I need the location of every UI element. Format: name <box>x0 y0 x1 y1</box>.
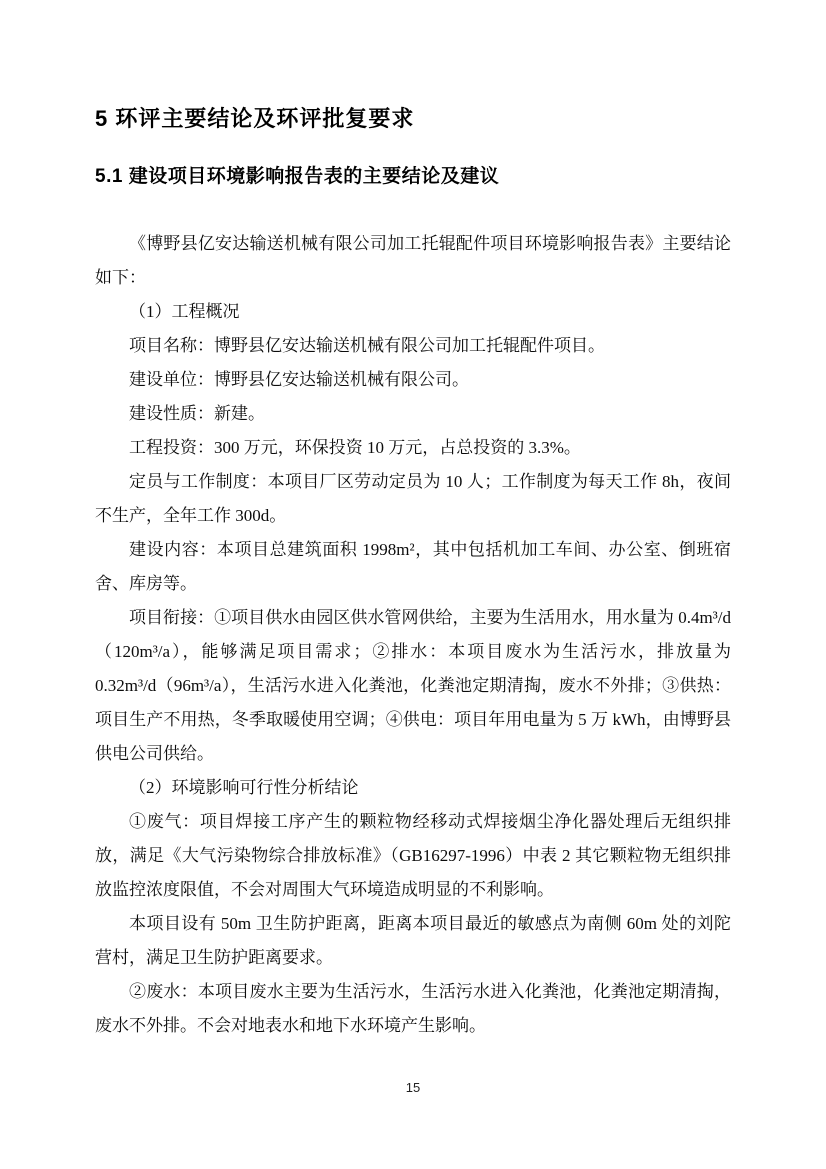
paragraph-protection-distance: 本项目设有 50m 卫生防护距离，距离本项目最近的敏感点为南侧 60m 处的刘陀… <box>95 907 731 975</box>
paragraph-waste-gas: ①废气：项目焊接工序产生的颗粒物经移动式焊接烟尘净化器处理后无组织排放，满足《大… <box>95 805 731 907</box>
paragraph-feasibility-heading: （2）环境影响可行性分析结论 <box>95 771 731 805</box>
paragraph-project-overview-heading: （1）工程概况 <box>95 295 731 329</box>
chapter-heading: 5 环评主要结论及环评批复要求 <box>95 103 731 135</box>
paragraph-project-name: 项目名称：博野县亿安达输送机械有限公司加工托辊配件项目。 <box>95 329 731 363</box>
paragraph-construction-nature: 建设性质：新建。 <box>95 397 731 431</box>
paragraph-staffing-schedule: 定员与工作制度：本项目厂区劳动定员为 10 人；工作制度为每天工作 8h，夜间不… <box>95 465 731 533</box>
paragraph-construction-unit: 建设单位：博野县亿安达输送机械有限公司。 <box>95 363 731 397</box>
document-page: 5 环评主要结论及环评批复要求 5.1 建设项目环境影响报告表的主要结论及建议 … <box>0 0 826 1169</box>
paragraph-utilities: 项目衔接：①项目供水由园区供水管网供给，主要为生活用水，用水量为 0.4m³/d… <box>95 601 731 771</box>
document-content: 5 环评主要结论及环评批复要求 5.1 建设项目环境影响报告表的主要结论及建议 … <box>95 103 731 1043</box>
paragraph-intro: 《博野县亿安达输送机械有限公司加工托辊配件项目环境影响报告表》主要结论如下： <box>95 227 731 295</box>
page-number: 15 <box>0 1080 826 1095</box>
paragraph-investment: 工程投资：300 万元，环保投资 10 万元，占总投资的 3.3%。 <box>95 431 731 465</box>
body-text: 《博野县亿安达输送机械有限公司加工托辊配件项目环境影响报告表》主要结论如下： （… <box>95 227 731 1043</box>
paragraph-waste-water: ②废水：本项目废水主要为生活污水，生活污水进入化粪池，化粪池定期清掏，废水不外排… <box>95 975 731 1043</box>
paragraph-construction-content: 建设内容：本项目总建筑面积 1998m²，其中包括机加工车间、办公室、倒班宿舍、… <box>95 533 731 601</box>
section-heading: 5.1 建设项目环境影响报告表的主要结论及建议 <box>95 163 731 191</box>
